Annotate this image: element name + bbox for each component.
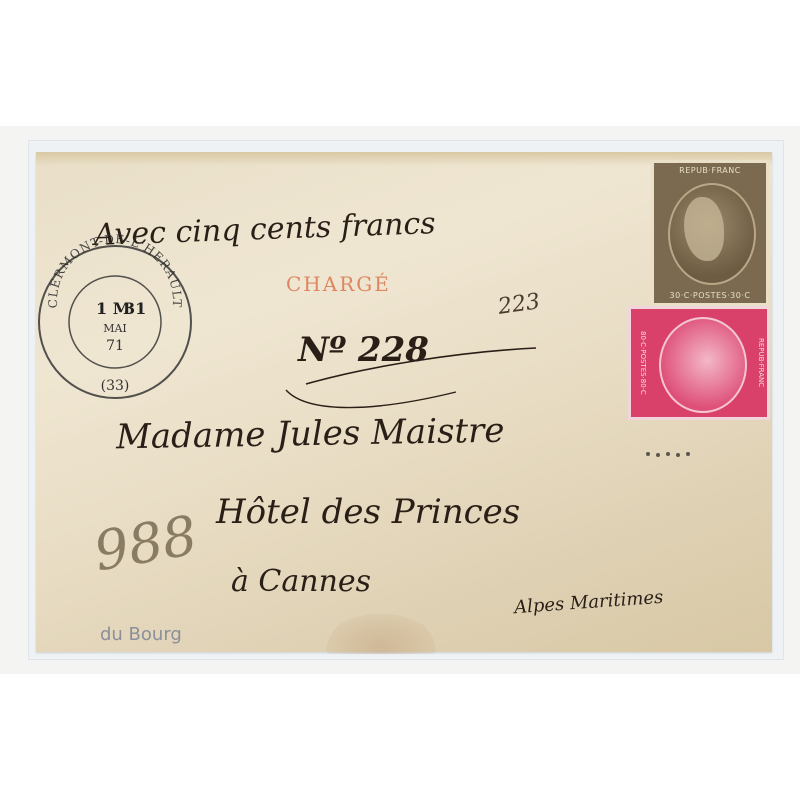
- envelope: REPUB·FRANC 30·C·POSTES·30·C 80·C·POSTES…: [36, 152, 772, 652]
- postmark-and-flourishes: CLERMONT-DE-L'HERAULT 1 M 31 MAI 71 (33): [36, 152, 772, 652]
- svg-text:CLERMONT-DE-L'HERAULT: CLERMONT-DE-L'HERAULT: [46, 232, 184, 308]
- svg-text:MAI: MAI: [103, 322, 127, 335]
- svg-text:31: 31: [124, 299, 146, 318]
- grid-cancel-dots: [646, 452, 690, 457]
- postmark-icon: CLERMONT-DE-L'HERAULT 1 M 31 MAI 71 (33): [39, 232, 191, 398]
- svg-text:71: 71: [106, 338, 124, 354]
- svg-text:(33): (33): [101, 378, 130, 394]
